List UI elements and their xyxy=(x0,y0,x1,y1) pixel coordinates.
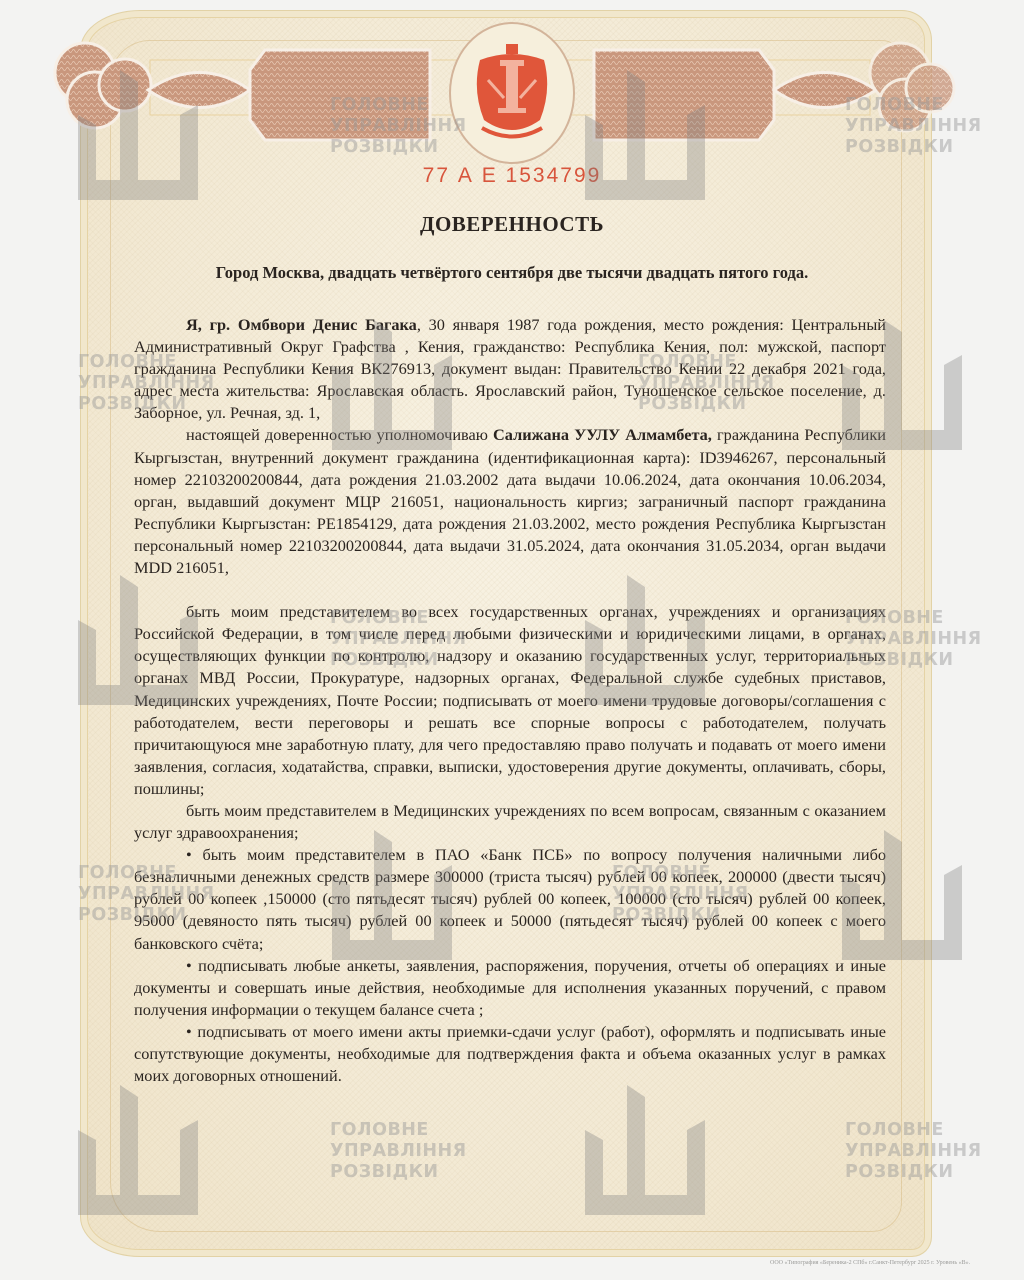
powers-sign-paragraph: • подписывать любые анкеты, заявления, р… xyxy=(134,955,886,1021)
agent-paragraph: настоящей доверенностью уполномочиваю Са… xyxy=(134,424,886,579)
ornamental-header-band xyxy=(0,0,1024,170)
principal-prefix: Я, гр. xyxy=(186,315,238,334)
principal-paragraph: Я, гр. Омбвори Денис Багака, 30 января 1… xyxy=(134,314,886,424)
powers-medical-paragraph: быть моим представителем в Медицинских у… xyxy=(134,800,886,844)
agent-prefix: настоящей доверенностью уполномочиваю xyxy=(186,425,493,444)
printer-imprint: ООО «Типография «Береника-2 СПб» г.Санкт… xyxy=(770,1260,1020,1266)
agent-details: гражданина Республики Кыргызстан, внутре… xyxy=(134,425,886,577)
powers-general-paragraph: быть моим представителем во всех государ… xyxy=(134,601,886,800)
agent-name: Салижана УУЛУ Алмамбета, xyxy=(493,425,712,444)
document-title: ДОВЕРЕННОСТЬ xyxy=(0,212,1024,237)
powers-bank-paragraph: • быть моим представителем в ПАО «Банк П… xyxy=(134,844,886,954)
form-serial-number: 77 А Е 1534799 xyxy=(0,164,1024,188)
powers-acts-paragraph: • подписывать от моего имени акты приемк… xyxy=(134,1021,886,1087)
left-rosette-ornament xyxy=(55,43,151,128)
principal-name: Омбвори Денис Багака xyxy=(238,315,417,334)
document-body: Я, гр. Омбвори Денис Багака, 30 января 1… xyxy=(134,314,886,1087)
right-rosette-ornament xyxy=(870,43,954,131)
document-dateline: Город Москва, двадцать четвёртого сентяб… xyxy=(0,263,1024,283)
